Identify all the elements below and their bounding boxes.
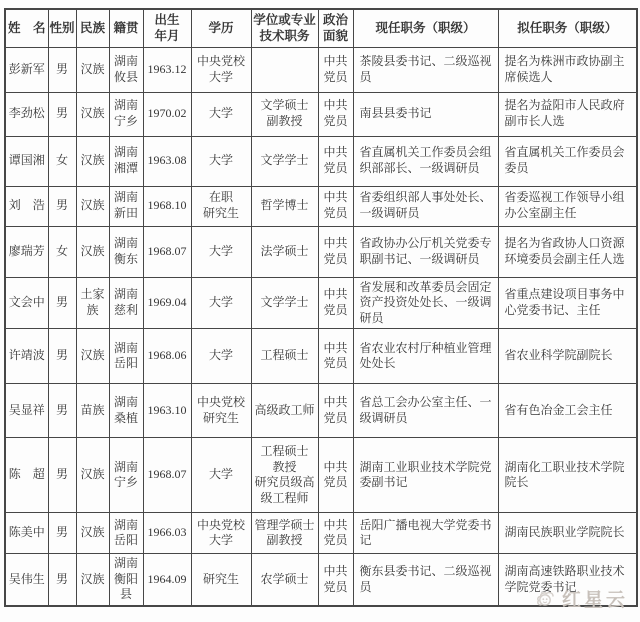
table-header: 姓 名性别民族籍贯出生 年月学历学位或专业 技术职务政治 面貌现任职务（职级）拟… (5, 9, 637, 47)
table-cell: 湖南新田 (109, 186, 143, 226)
table-cell: 陈美中 (5, 513, 48, 554)
table-cell: 女 (48, 226, 76, 277)
table-cell: 省农业科学院副院长 (498, 329, 637, 384)
table-cell: 男 (48, 277, 76, 329)
table-cell: 1969.04 (143, 277, 191, 329)
table-cell: 中共党员 (318, 277, 353, 329)
table-cell: 李劲松 (5, 92, 48, 136)
column-header: 政治 面貌 (318, 9, 353, 47)
table-cell: 中共党员 (318, 513, 353, 554)
table-cell: 省发展和改革委员会固定资产投资处处长、一级调研员 (353, 277, 498, 329)
table-cell: 1968.10 (143, 186, 191, 226)
table-cell: 中共党员 (318, 554, 353, 606)
table-cell: 男 (48, 438, 76, 513)
table-cell: 1964.09 (143, 554, 191, 606)
table-cell: 男 (48, 92, 76, 136)
table-cell: 中共党员 (318, 186, 353, 226)
table-cell: 省委组织部人事处处长、一级调研员 (353, 186, 498, 226)
table-cell: 大学 (191, 438, 251, 513)
table-cell: 刘 浩 (5, 186, 48, 226)
table-row: 许靖波男汉族湖南岳阳1968.06大学工程硕士中共党员省农业农村厅种植业管理处处… (5, 329, 637, 384)
table-cell: 湖南衡东 (109, 226, 143, 277)
table-cell: 中共党员 (318, 92, 353, 136)
table-row: 吴显祥男苗族湖南桑植1963.10中央党校 研究生高级政工师中共党员省总工会办公… (5, 384, 637, 438)
table-cell: 男 (48, 329, 76, 384)
column-header: 出生 年月 (143, 9, 191, 47)
table-row: 陈美中男汉族湖南岳阳1966.03中央党校 大学管理学硕士 副教授中共党员岳阳广… (5, 513, 637, 554)
table-cell: 男 (48, 186, 76, 226)
table-cell: 农学硕士 (251, 554, 318, 606)
column-header: 姓 名 (5, 9, 48, 47)
table-row: 文会中男土家族湖南慈利1969.04大学文学学士中共党员省发展和改革委员会固定资… (5, 277, 637, 329)
table-cell: 茶陵县委书记、二级巡视员 (353, 47, 498, 92)
table-cell: 中共党员 (318, 438, 353, 513)
table-row: 刘 浩男汉族湖南新田1968.10在职 研究生哲学博士中共党员省委组织部人事处处… (5, 186, 637, 226)
table-cell: 省直属机关工作委员会组织部部长、一级调研员 (353, 136, 498, 186)
table-cell: 在职 研究生 (191, 186, 251, 226)
table-cell: 1963.08 (143, 136, 191, 186)
table-cell: 汉族 (76, 554, 109, 606)
table-cell: 省直属机关工作委员会委员 (498, 136, 637, 186)
table-cell: 中共党员 (318, 384, 353, 438)
table-cell: 大学 (191, 226, 251, 277)
column-header: 籍贯 (109, 9, 143, 47)
table-cell: 陈 超 (5, 438, 48, 513)
table-cell: 男 (48, 47, 76, 92)
table-cell: 1968.06 (143, 329, 191, 384)
table-cell: 工程硕士 (251, 329, 318, 384)
table-cell: 谭国湘 (5, 136, 48, 186)
table-row: 廖瑞芳女汉族湖南衡东1968.07大学法学硕士中共党员省政协办公厅机关党委专职副… (5, 226, 637, 277)
column-header: 民族 (76, 9, 109, 47)
table-cell (251, 47, 318, 92)
table-cell: 湖南岳阳 (109, 513, 143, 554)
table-cell: 湖南工业职业技术学院党委副书记 (353, 438, 498, 513)
table-cell: 大学 (191, 92, 251, 136)
table-cell: 提名为株洲市政协副主席候选人 (498, 47, 637, 92)
table-cell: 湖南岳阳 (109, 329, 143, 384)
table-cell: 省总工会办公室主任、一级调研员 (353, 384, 498, 438)
page: 姓 名性别民族籍贯出生 年月学历学位或专业 技术职务政治 面貌现任职务（职级）拟… (0, 0, 640, 622)
table-cell: 湖南桑植 (109, 384, 143, 438)
table-cell: 男 (48, 554, 76, 606)
table-cell: 湖南宁乡 (109, 438, 143, 513)
table-cell: 中共党员 (318, 226, 353, 277)
table-cell: 湖南慈利 (109, 277, 143, 329)
watermark-brand-text: 红星云 (562, 585, 628, 612)
table-cell: 汉族 (76, 47, 109, 92)
table-cell: 吴伟生 (5, 554, 48, 606)
table-cell: 男 (48, 513, 76, 554)
table-cell: 大学 (191, 277, 251, 329)
table-cell: 汉族 (76, 329, 109, 384)
table-cell: 高级政工师 (251, 384, 318, 438)
table-row: 谭国湘女汉族湖南湘潭1963.08大学文学学士中共党员省直属机关工作委员会组织部… (5, 136, 637, 186)
table-cell: 湖南宁乡 (109, 92, 143, 136)
table-cell: 中共党员 (318, 47, 353, 92)
table-row: 彭新军男汉族湖南攸县1963.12中央党校 大学中共党员茶陵县委书记、二级巡视员… (5, 47, 637, 92)
table-cell: 土家族 (76, 277, 109, 329)
table-cell: 文学学士 (251, 277, 318, 329)
table-cell: 汉族 (76, 226, 109, 277)
table-cell: 彭新军 (5, 47, 48, 92)
table-row: 陈 超男汉族湖南宁乡1968.07大学工程硕士 教授 研究员级高 级工程师中共党… (5, 438, 637, 513)
table-row: 李劲松男汉族湖南宁乡1970.02大学文学硕士 副教授中共党员南县县委书记提名为… (5, 92, 637, 136)
table-cell: 1970.02 (143, 92, 191, 136)
table-cell: 大学 (191, 136, 251, 186)
table-cell: 1968.07 (143, 438, 191, 513)
table-cell: 1963.10 (143, 384, 191, 438)
header-row: 姓 名性别民族籍贯出生 年月学历学位或专业 技术职务政治 面貌现任职务（职级）拟… (5, 9, 637, 47)
table-body: 彭新军男汉族湖南攸县1963.12中央党校 大学中共党员茶陵县委书记、二级巡视员… (5, 47, 637, 606)
table-cell: 湖南湘潭 (109, 136, 143, 186)
table-cell: 中央党校 大学 (191, 47, 251, 92)
column-header: 拟任职务（职级） (498, 9, 637, 47)
table-cell: 汉族 (76, 186, 109, 226)
table-cell: 文会中 (5, 277, 48, 329)
table-cell: 1963.12 (143, 47, 191, 92)
column-header: 性别 (48, 9, 76, 47)
watermark: 红星云 (536, 585, 628, 612)
table-cell: 1966.03 (143, 513, 191, 554)
column-header: 现任职务（职级） (353, 9, 498, 47)
hongxingyun-logo-icon (536, 589, 558, 609)
table-cell: 廖瑞芳 (5, 226, 48, 277)
table-cell: 中共党员 (318, 136, 353, 186)
table-cell: 湖南化工职业技术学院院长 (498, 438, 637, 513)
cadre-table: 姓 名性别民族籍贯出生 年月学历学位或专业 技术职务政治 面貌现任职务（职级）拟… (4, 8, 638, 607)
table-cell: 省农业农村厅种植业管理处处长 (353, 329, 498, 384)
table-cell: 湖南攸县 (109, 47, 143, 92)
table-cell: 湖南民族职业学院院长 (498, 513, 637, 554)
table-cell: 吴显祥 (5, 384, 48, 438)
table-cell: 许靖波 (5, 329, 48, 384)
table-cell: 南县县委书记 (353, 92, 498, 136)
table-cell: 法学硕士 (251, 226, 318, 277)
table-cell: 文学学士 (251, 136, 318, 186)
table-cell: 1968.07 (143, 226, 191, 277)
table-cell: 提名为省政协人口资源环境委员会副主任人选 (498, 226, 637, 277)
table-cell: 省委巡视工作领导小组办公室副主任 (498, 186, 637, 226)
table-cell: 省有色冶金工会主任 (498, 384, 637, 438)
table-cell: 文学硕士 副教授 (251, 92, 318, 136)
table-cell: 省政协办公厅机关党委专职副书记、一级调研员 (353, 226, 498, 277)
table-cell: 工程硕士 教授 研究员级高 级工程师 (251, 438, 318, 513)
table-cell: 衡东县委书记、二级巡视员 (353, 554, 498, 606)
table-cell: 汉族 (76, 513, 109, 554)
column-header: 学位或专业 技术职务 (251, 9, 318, 47)
table-cell: 苗族 (76, 384, 109, 438)
table-cell: 男 (48, 384, 76, 438)
table-cell: 管理学硕士 副教授 (251, 513, 318, 554)
table-cell: 哲学博士 (251, 186, 318, 226)
table-cell: 研究生 (191, 554, 251, 606)
table-cell: 汉族 (76, 136, 109, 186)
table-cell: 大学 (191, 329, 251, 384)
table-cell: 汉族 (76, 438, 109, 513)
table-cell: 汉族 (76, 92, 109, 136)
table-cell: 岳阳广播电视大学党委书记 (353, 513, 498, 554)
table-cell: 湖南衡阳县 (109, 554, 143, 606)
table-cell: 提名为益阳市人民政府副市长人选 (498, 92, 637, 136)
table-cell: 省重点建设项目事务中心党委书记、主任 (498, 277, 637, 329)
table-cell: 中央党校 大学 (191, 513, 251, 554)
table-cell: 女 (48, 136, 76, 186)
column-header: 学历 (191, 9, 251, 47)
table-cell: 中共党员 (318, 329, 353, 384)
table-cell: 中央党校 研究生 (191, 384, 251, 438)
